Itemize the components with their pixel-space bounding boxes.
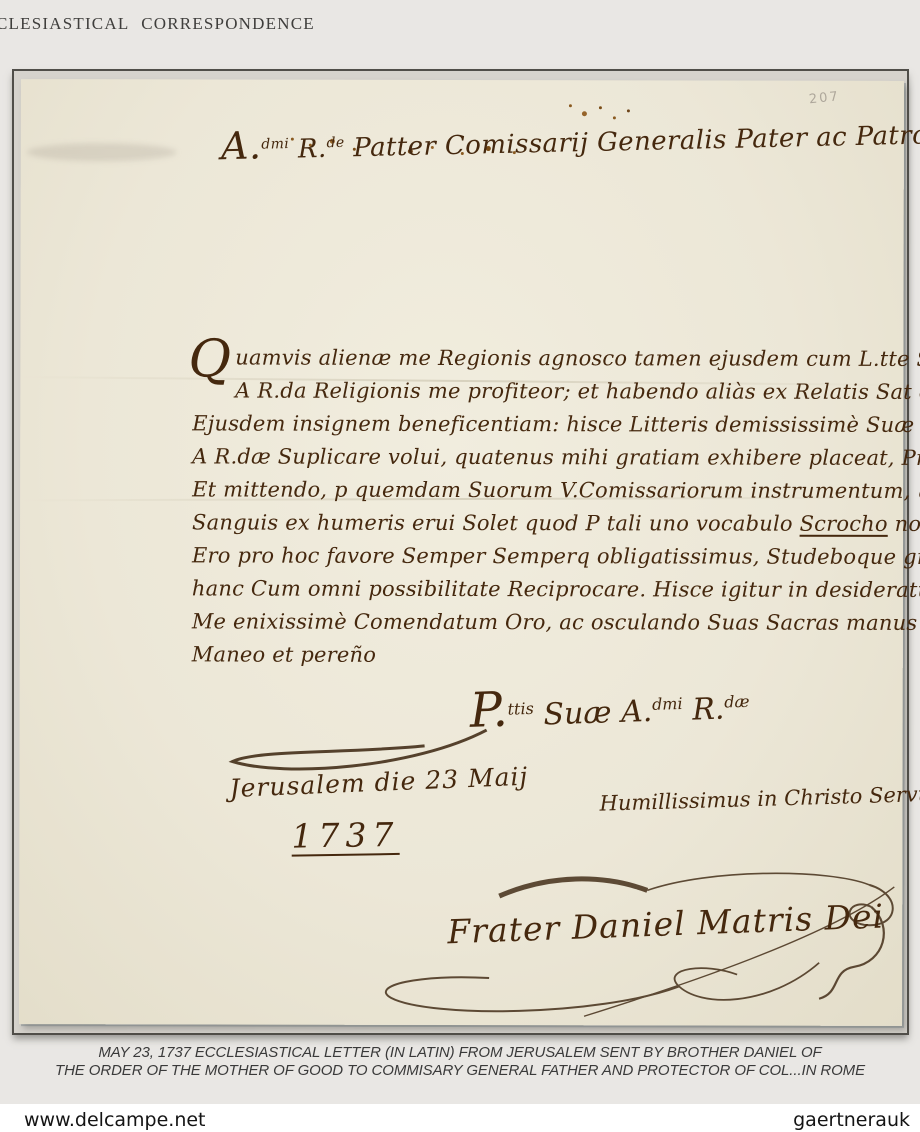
caption-line-1: MAY 23, 1737 ECCLESIASTICAL LETTER (IN L… xyxy=(0,1044,920,1062)
signoff-line: Humillissimus in Christo Servus xyxy=(599,782,920,816)
watermark-right: gaertnerauk xyxy=(793,1109,910,1131)
valediction-part-sup: dæ xyxy=(724,692,750,712)
body-line-2: A R.da Religionis me profiteor; et haben… xyxy=(192,374,904,408)
pencil-note: 207 xyxy=(808,89,840,107)
address-part: A. xyxy=(221,135,262,166)
valediction-part: R. xyxy=(682,692,725,728)
paper-smudge xyxy=(27,143,177,161)
address-part-sup: de xyxy=(326,135,344,151)
signature-flourish xyxy=(349,866,909,1027)
valediction-part: P. xyxy=(469,699,508,735)
stain-speckles xyxy=(569,104,572,107)
body-line-10: Maneo et pereño xyxy=(192,638,904,672)
body-line-7: Ero pro hoc favore Semper Semperq obliga… xyxy=(192,539,904,573)
address-part: Patter Comissarij Generalis Pater ac Pat… xyxy=(344,118,920,164)
letter-body: Quamvis alienæ me Regionis agnosco tamen… xyxy=(192,341,905,672)
valediction-part-sup: ttis xyxy=(507,699,534,719)
letter-scan: 207 A.dmi R.de Patter Comissarij General… xyxy=(19,79,904,1026)
body-line-9: Me enixissimè Comendatum Oro, ac osculan… xyxy=(192,605,904,639)
address-line: A.dmi R.de Patter Comissarij Generalis P… xyxy=(220,105,920,169)
address-part-sup: dmi xyxy=(261,136,289,153)
body-line-6: Sanguis ex humeris erui Solet quod P tal… xyxy=(192,506,904,540)
body-line-5: Et mittendo, p quemdam Suorum V.Comissar… xyxy=(192,473,904,507)
body-line-4: A R.dæ Suplicare volui, quatenus mihi gr… xyxy=(192,440,904,474)
watermark-left: www.delcampe.net xyxy=(24,1109,206,1131)
dateline: Jerusalem die 23 Maij xyxy=(229,762,529,803)
address-part: R. xyxy=(289,134,327,165)
valediction-part: Suæ A. xyxy=(533,694,652,733)
body-line-1: Quamvis alienæ me Regionis agnosco tamen… xyxy=(192,341,904,375)
valediction-line: P.ttis Suæ A.dmi R.dæ xyxy=(469,674,751,739)
year: 1737 xyxy=(291,815,400,856)
caption: MAY 23, 1737 ECCLESIASTICAL LETTER (IN L… xyxy=(0,1044,920,1080)
watermark-strip: www.delcampe.net gaertnerauk xyxy=(0,1104,920,1132)
page-title: CLESIASTICAL CORRESPONDENCE xyxy=(0,14,315,34)
body-line-3: Ejusdem insignem beneficentiam: hisce Li… xyxy=(192,407,904,441)
display-frame: 207 A.dmi R.de Patter Comissarij General… xyxy=(12,69,909,1035)
signature: Frater Daniel Matris Dei xyxy=(447,897,885,952)
valediction-part-sup: dmi xyxy=(652,694,683,714)
body-line-8: hanc Cum omni possibilitate Reciprocare.… xyxy=(192,572,904,606)
caption-line-2: THE ORDER OF THE MOTHER OF GOOD TO COMMI… xyxy=(0,1062,920,1080)
